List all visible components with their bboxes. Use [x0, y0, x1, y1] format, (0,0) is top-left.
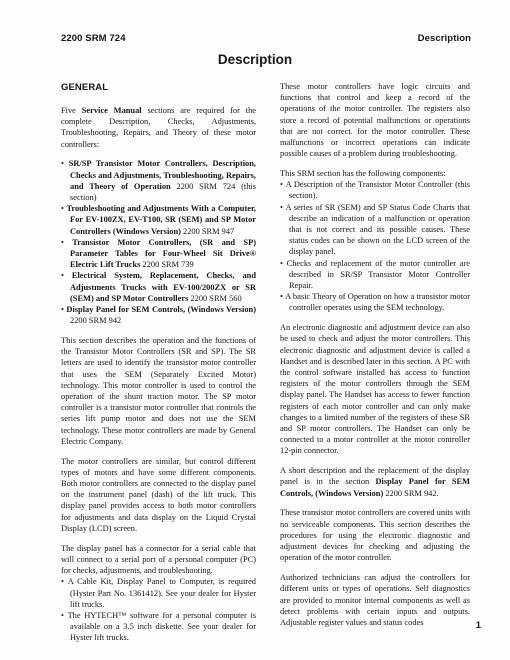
list-item-text: A Description of the Transistor Motor Co…: [286, 180, 470, 200]
list-item: Display Panel for SEM Controls, (Windows…: [61, 304, 256, 326]
paragraph-controllers-similar: The motor controllers are similar, but c…: [61, 456, 256, 534]
list-item: Transistor Motor Controllers, (SR and SP…: [61, 237, 256, 271]
manual-ref: 2200 SRM 560: [188, 294, 241, 303]
left-column: GENERAL Five Service Manual sections are…: [61, 81, 256, 652]
section-heading-general: GENERAL: [61, 82, 256, 93]
doc-number: 2200 SRM 724: [61, 33, 126, 44]
two-column-body: GENERAL Five Service Manual sections are…: [61, 81, 470, 652]
paragraph-authorized-technicians: Authorized technicians can adjust the co…: [280, 572, 470, 628]
list-item-text: The HYTECH™ software for a personal comp…: [68, 611, 256, 642]
list-item: A series of SR (SEM) and SP Status Code …: [280, 202, 470, 258]
paragraph-handset: An electronic diagnostic and adjustment …: [280, 322, 470, 456]
intro-paragraph: Five Service Manual sections are require…: [61, 105, 256, 150]
list-item: Checks and replacement of the motor cont…: [280, 258, 470, 292]
running-header: 2200 SRM 724 Description: [61, 33, 471, 44]
manual-title: Display Panel for SEM Controls, (Windows…: [66, 305, 256, 314]
list-item: A Description of the Transistor Motor Co…: [280, 179, 470, 201]
right-column: These motor controllers have logic circu…: [280, 81, 470, 652]
paragraph-covered-units: These transistor motor controllers are c…: [280, 507, 470, 563]
ref-post: 2200 SRM 942.: [383, 489, 438, 498]
paragraph-display-panel-connector: The display panel has a connector for a …: [61, 543, 256, 577]
list-item: Electrical System, Replacement, Checks, …: [61, 270, 256, 304]
intro-pre: Five: [61, 106, 82, 115]
manual-ref: 2200 SRM 739: [140, 260, 193, 269]
manual-page: 2200 SRM 724 Description Description GEN…: [0, 0, 510, 660]
intro-bold: Service Manual: [82, 106, 142, 115]
paragraph-section-describes: This section describes the operation and…: [61, 335, 256, 447]
list-item: The HYTECH™ software for a personal comp…: [61, 610, 256, 644]
list-item: A basic Theory of Operation on how a tra…: [280, 291, 470, 313]
paragraph-logic-circuits: These motor controllers have logic circu…: [280, 81, 470, 159]
page-number: 1: [476, 620, 481, 631]
paragraph-srm-components: This SRM section has the following compo…: [280, 168, 470, 179]
list-item-text: A series of SR (SEM) and SP Status Code …: [286, 203, 470, 257]
manual-ref: 2200 SRM 942: [70, 316, 121, 325]
page-title: Description: [0, 52, 510, 67]
srm-components-list: A Description of the Transistor Motor Co…: [280, 179, 470, 313]
paragraph-display-panel-ref: A short description and the replacement …: [280, 465, 470, 499]
service-manual-section-list: SR/SP Transistor Motor Controllers, Desc…: [61, 158, 256, 326]
list-item: SR/SP Transistor Motor Controllers, Desc…: [61, 158, 256, 203]
list-item: Troubleshooting and Adjustments With a C…: [61, 203, 256, 237]
list-item-text: Checks and replacement of the motor cont…: [287, 259, 470, 290]
manual-ref: 2200 SRM 947: [181, 227, 234, 236]
list-item-text: A Cable Kit, Display Panel to Computer, …: [68, 577, 256, 608]
running-header-section: Description: [418, 33, 471, 44]
pc-tools-list: A Cable Kit, Display Panel to Computer, …: [61, 576, 256, 643]
list-item-text: A basic Theory of Operation on how a tra…: [285, 292, 470, 312]
list-item: A Cable Kit, Display Panel to Computer, …: [61, 576, 256, 610]
